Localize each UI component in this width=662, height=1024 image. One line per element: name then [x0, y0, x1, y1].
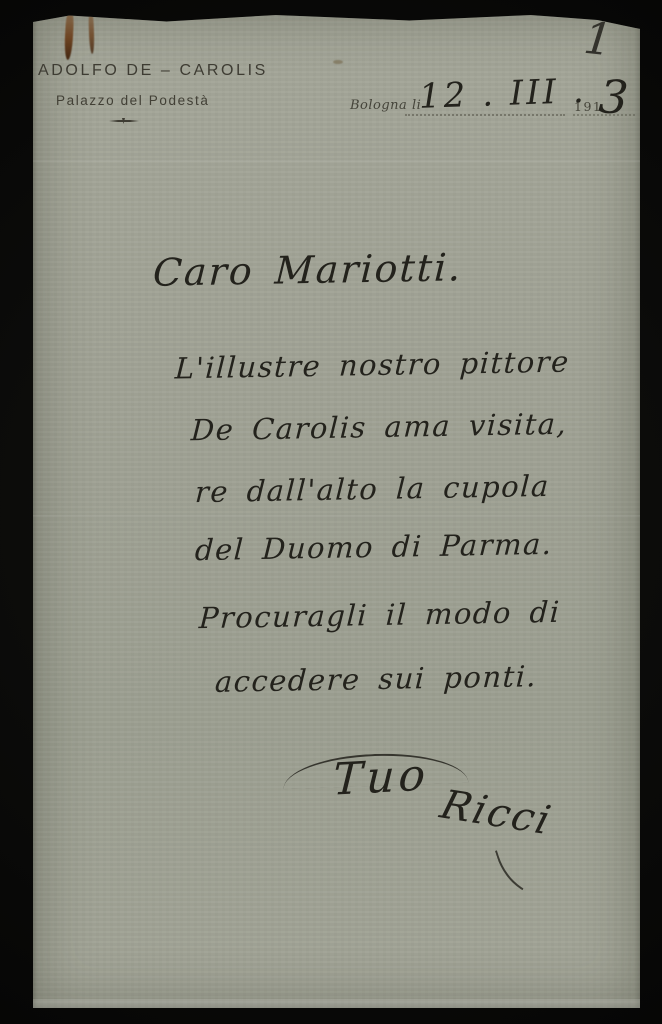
scan-background: 1 ADOLFO DE – CAROLIS Palazzo del Podest… — [0, 0, 662, 1024]
paper-crease — [33, 515, 640, 518]
ink-stain — [333, 60, 343, 64]
ink-stain — [88, 12, 94, 54]
body-line: accedere sui ponti. — [214, 659, 538, 699]
paper-crease — [33, 160, 640, 162]
body-line: re dall'alto la cupola — [194, 469, 551, 509]
body-line: Procuragli il modo di — [198, 595, 561, 635]
salutation: Caro Mariotti. — [152, 245, 464, 294]
letterhead-address: Palazzo del Podestà — [56, 93, 209, 108]
letterhead-ornament — [109, 118, 139, 124]
body-line: L'illustre nostro pittore — [174, 345, 571, 386]
letter-page: 1 ADOLFO DE – CAROLIS Palazzo del Podest… — [33, 12, 640, 1008]
paper-edge-highlight — [33, 999, 640, 1008]
handwritten-date: 12 . III . — [418, 71, 587, 117]
handwritten-year-digit: 3 — [597, 69, 630, 125]
page-number: 1 — [581, 13, 614, 67]
body-line: del Duomo di Parma. — [194, 527, 553, 567]
body-line: De Carolis ama visita, — [190, 407, 568, 448]
signature-name: Ricci — [436, 782, 557, 844]
ink-stain — [64, 12, 75, 60]
signature-flourish-tail — [495, 836, 559, 908]
letterhead-name: ADOLFO DE – CAROLIS — [38, 62, 268, 80]
signature-closing: Tuo — [332, 749, 431, 805]
